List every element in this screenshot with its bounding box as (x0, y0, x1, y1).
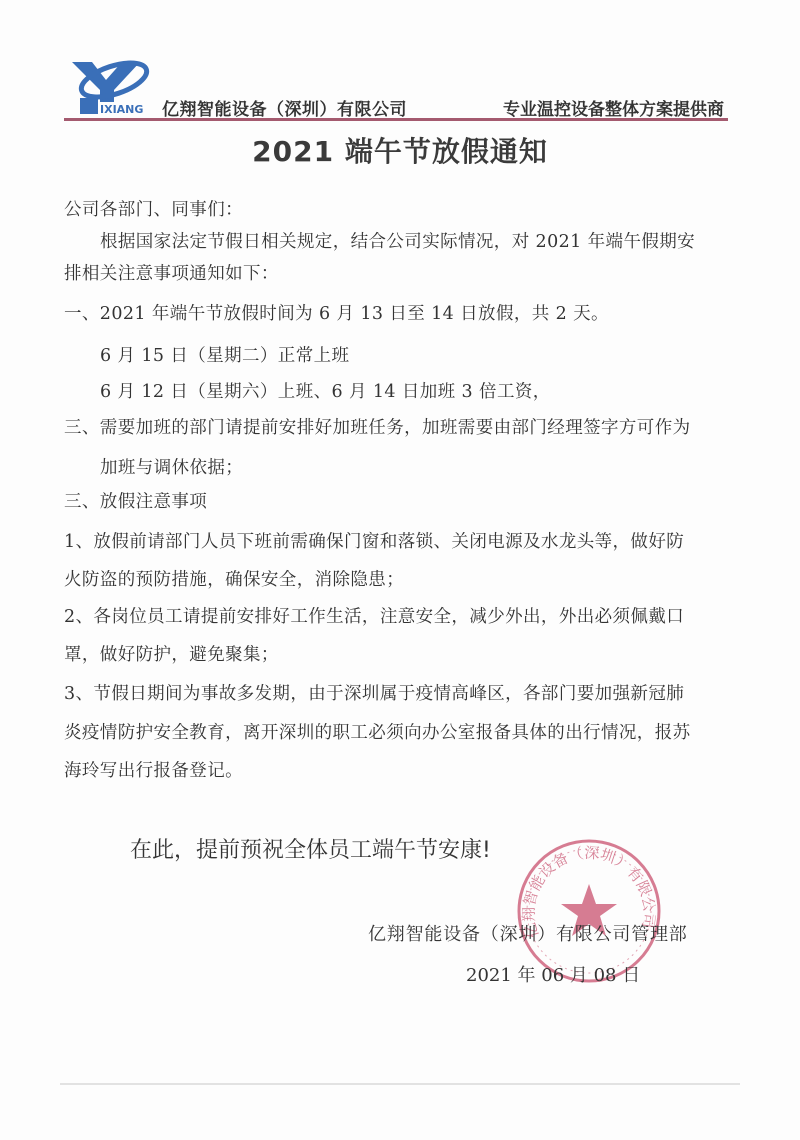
header-divider (64, 118, 728, 121)
item1-line-2: 火防盗的预防措施，确保安全，消除隐患； (64, 566, 404, 591)
letterhead: IXIANG 亿翔智能设备（深圳）有限公司 专业温控设备整体方案提供商 (64, 58, 724, 120)
item2-line-1: 2、各岗位员工请提前安排好工作生活，注意安全，减少外出，外出必须佩戴口 (64, 603, 684, 628)
closing-greeting: 在此，提前预祝全体员工端午节安康! (130, 833, 491, 864)
page-title: 2021 端午节放假通知 (0, 130, 800, 170)
footer-divider (60, 1083, 740, 1085)
salutation: 公司各部门、同事们： (64, 196, 243, 221)
item3-line-3: 海玲写出行报备登记。 (64, 757, 243, 782)
item2-line-2: 罩，做好防护，避免聚集； (64, 641, 279, 666)
company-slogan: 专业温控设备整体方案提供商 (503, 95, 724, 120)
section1-sub-2: 6 月 12 日（星期六）上班、6 月 14 日加班 3 倍工资， (100, 378, 551, 403)
intro-line-1: 根据国家法定节假日相关规定，结合公司实际情况，对 2021 年端午假期安 (100, 228, 695, 253)
company-logo-icon: IXIANG (66, 58, 158, 116)
issue-date: 2021 年 06 月 08 日 (466, 961, 640, 987)
section1-line: 一、2021 年端午节放假时间为 6 月 13 日至 14 日放假，共 2 天。 (64, 300, 609, 325)
item3-line-1: 3、节假日期间为事故多发期，由于深圳属于疫情高峰区，各部门要加强新冠肺 (64, 680, 684, 705)
section2-line-1: 三、需要加班的部门请提前安排好加班任务，加班需要由部门经理签字方可作为 (64, 414, 691, 439)
section1-sub-1: 6 月 15 日（星期二）正常上班 (100, 342, 349, 367)
intro-line-2: 排相关注意事项通知如下： (64, 260, 279, 285)
item3-line-2: 炎疫情防护安全教育，离开深圳的职工必须向办公室报备具体的出行情况，报苏 (64, 719, 691, 744)
company-name: 亿翔智能设备（深圳）有限公司 (162, 95, 407, 120)
signature: 亿翔智能设备（深圳）有限公司管理部 (368, 920, 688, 946)
section3-heading: 三、放假注意事项 (64, 488, 207, 513)
item1-line-1: 1、放假前请部门人员下班前需确保门窗和落锁、关闭电源及水龙头等，做好防 (64, 528, 684, 553)
svg-text:IXIANG: IXIANG (100, 103, 143, 116)
section2-line-2: 加班与调休依据； (100, 454, 243, 479)
